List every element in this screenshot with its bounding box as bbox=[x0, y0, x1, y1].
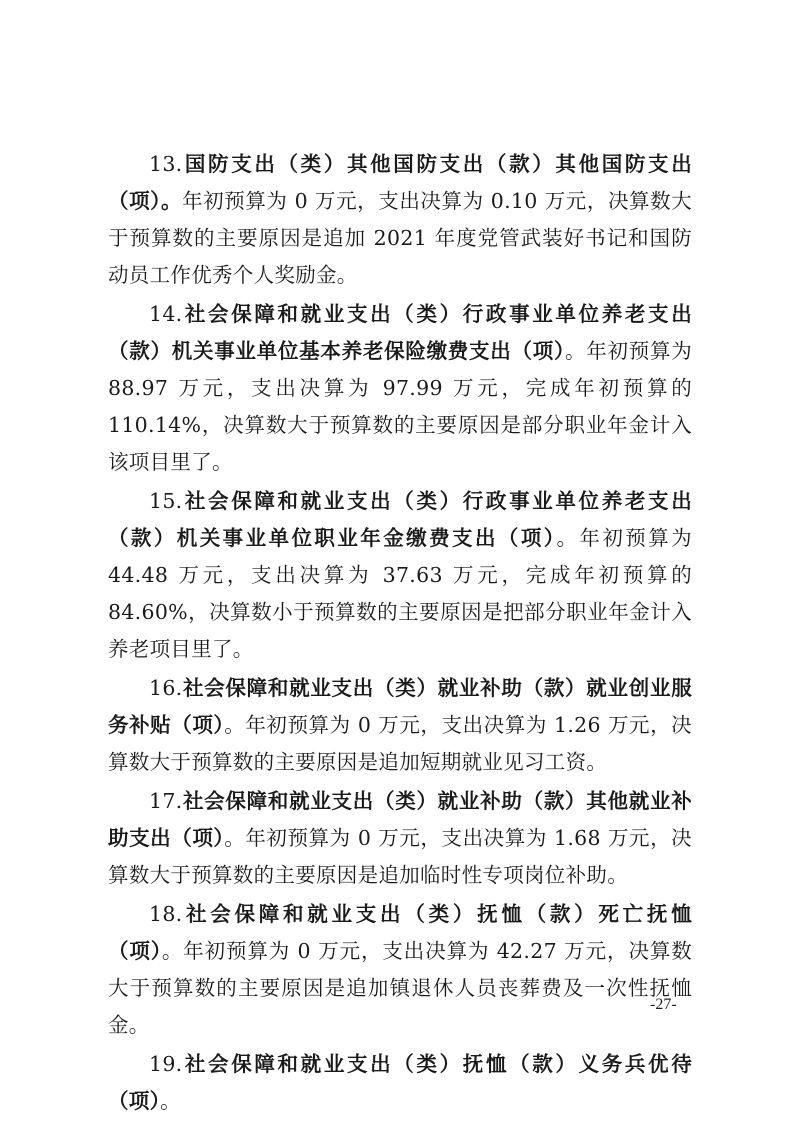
item-title: 社会保障和就业支出（类）抚恤（款）义务兵优待（项） bbox=[108, 1052, 692, 1113]
item-number: 19. bbox=[149, 1052, 183, 1076]
item-number: 17. bbox=[149, 789, 183, 813]
document-page: 13.国防支出（类）其他国防支出（款）其他国防支出（项）。年初预算为 0 万元，… bbox=[108, 146, 692, 1122]
item-number: 15. bbox=[149, 489, 183, 513]
paragraph-item-18: 18.社会保障和就业支出（类）抚恤（款）死亡抚恤（项）。年初预算为 0 万元，支… bbox=[108, 896, 692, 1044]
item-number: 14. bbox=[149, 302, 183, 326]
item-number: 16. bbox=[149, 676, 183, 700]
item-body: 。年初预算为 0 万元，支出决算为 42.27 万元，决算数大于预算数的主要原因… bbox=[108, 939, 692, 1037]
paragraph-item-16: 16.社会保障和就业支出（类）就业补助（款）就业创业服务补贴（项）。年初预算为 … bbox=[108, 670, 692, 781]
paragraph-item-19: 19.社会保障和就业支出（类）抚恤（款）义务兵优待（项）。 bbox=[108, 1046, 692, 1120]
paragraph-item-14: 14.社会保障和就业支出（类）行政事业单位养老支出（款）机关事业单位基本养老保险… bbox=[108, 296, 692, 481]
paragraph-item-15: 15.社会保障和就业支出（类）行政事业单位养老支出（款）机关事业单位职业年金缴费… bbox=[108, 483, 692, 668]
item-body: 。 bbox=[160, 1089, 181, 1113]
item-body: 年初预算为 0 万元，支出决算为 0.10 万元，决算数大于预算数的主要原因是追… bbox=[108, 189, 692, 287]
paragraph-item-17: 17.社会保障和就业支出（类）就业补助（款）其他就业补助支出（项）。年初预算为 … bbox=[108, 783, 692, 894]
item-number: 13. bbox=[149, 152, 183, 176]
item-number: 18. bbox=[149, 902, 183, 926]
paragraph-item-13: 13.国防支出（类）其他国防支出（款）其他国防支出（项）。年初预算为 0 万元，… bbox=[108, 146, 692, 294]
page-number: -27- bbox=[650, 996, 677, 1014]
